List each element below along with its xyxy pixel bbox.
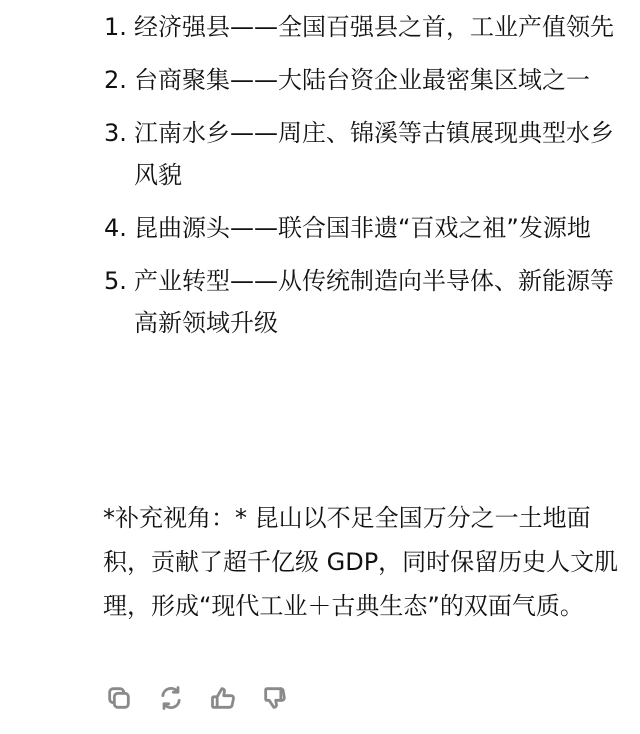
list-item: 2. 台商聚集——大陆台资企业最密集区域之一 — [104, 59, 614, 101]
supplement-paragraph: *补充视角：* 昆山以不足全国万分之一土地面积，贡献了超千亿级 GDP，同时保留… — [103, 496, 623, 628]
list-item: 3. 江南水乡——周庄、锦溪等古镇展现典型水乡风貌 — [104, 112, 614, 196]
item-number: 5. — [104, 260, 134, 344]
message-actions — [103, 682, 291, 714]
like-button[interactable] — [207, 682, 239, 714]
dislike-button[interactable] — [259, 682, 291, 714]
item-text: 台商聚集——大陆台资企业最密集区域之一 — [134, 59, 614, 101]
list-item: 5. 产业转型——从传统制造向半导体、新能源等高新领域升级 — [104, 260, 614, 344]
item-number: 1. — [104, 6, 134, 48]
copy-icon — [105, 684, 133, 712]
copy-button[interactable] — [103, 682, 135, 714]
item-text: 产业转型——从传统制造向半导体、新能源等高新领域升级 — [134, 260, 614, 344]
item-text: 昆曲源头——联合国非遗“百戏之祖”发源地 — [134, 207, 614, 249]
list-item: 1. 经济强县——全国百强县之首，工业产值领先 — [104, 6, 614, 48]
list-item: 4. 昆曲源头——联合国非遗“百戏之祖”发源地 — [104, 207, 614, 249]
feature-list: 1. 经济强县——全国百强县之首，工业产值领先 2. 台商聚集——大陆台资企业最… — [104, 6, 614, 355]
item-text: 江南水乡——周庄、锦溪等古镇展现典型水乡风貌 — [134, 112, 614, 196]
refresh-icon — [157, 684, 185, 712]
item-text: 经济强县——全国百强县之首，工业产值领先 — [134, 6, 614, 48]
regenerate-button[interactable] — [155, 682, 187, 714]
thumbs-up-icon — [209, 684, 237, 712]
item-number: 3. — [104, 112, 134, 196]
item-number: 2. — [104, 59, 134, 101]
thumbs-down-icon — [261, 684, 289, 712]
item-number: 4. — [104, 207, 134, 249]
